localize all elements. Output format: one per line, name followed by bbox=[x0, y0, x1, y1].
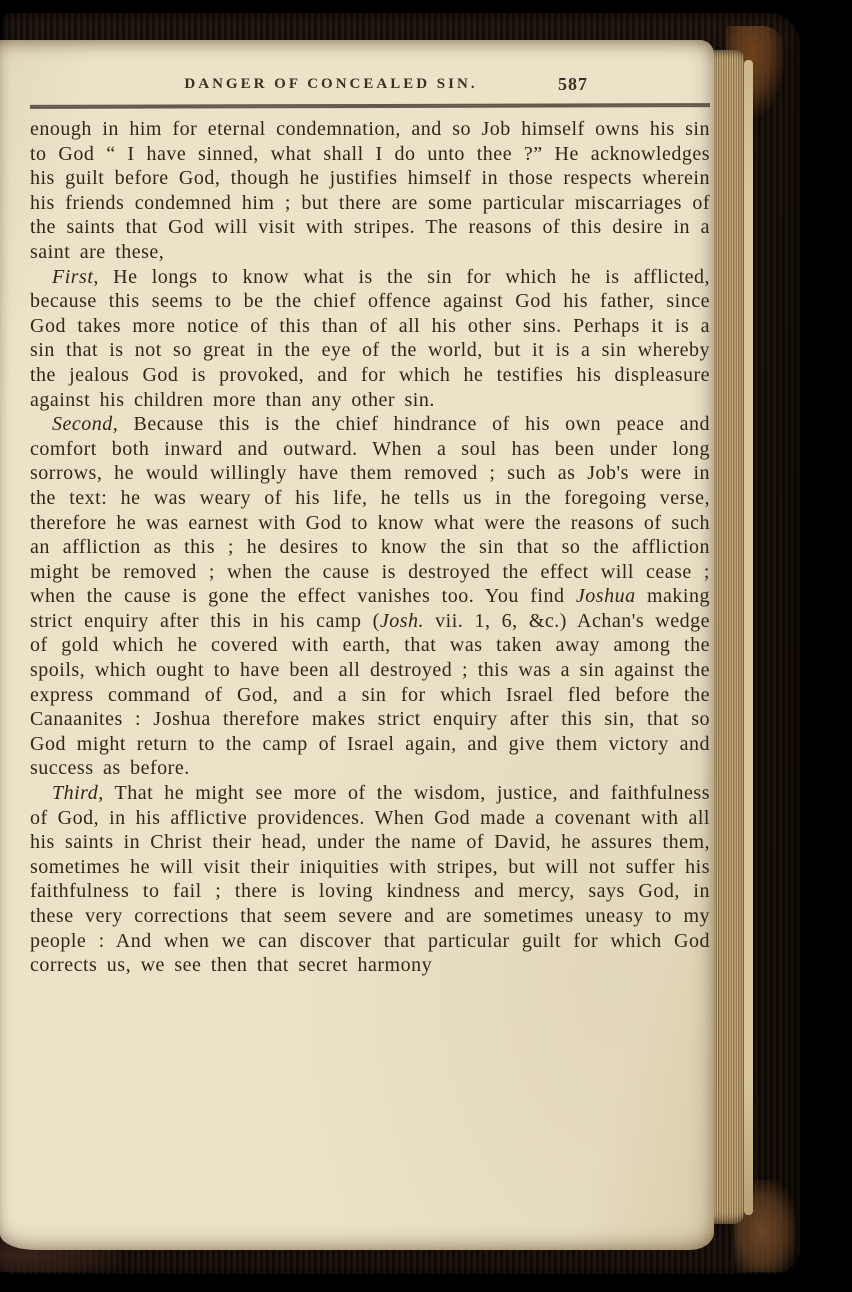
running-head: DANGER OF CONCEALED SIN. 587 bbox=[30, 74, 710, 98]
header-double-rule bbox=[30, 103, 710, 109]
page-body: enough in him for eternal condemnation, … bbox=[30, 117, 710, 978]
body-text-run: He longs to know what is the sin for whi… bbox=[30, 266, 710, 411]
paragraph: Second, Because this is the chief hindra… bbox=[30, 412, 710, 781]
body-text-run: enough in him for eternal condemnation, … bbox=[30, 118, 710, 263]
running-head-title: DANGER OF CONCEALED SIN. bbox=[184, 76, 477, 93]
italic-text: Second, bbox=[52, 413, 118, 435]
page-number: 587 bbox=[558, 74, 588, 95]
book-page: DANGER OF CONCEALED SIN. 587 enough in h… bbox=[0, 40, 714, 1250]
body-text-run: That he might see more of the wisdom, ju… bbox=[30, 782, 710, 976]
paragraph: First, He longs to know what is the sin … bbox=[30, 265, 710, 413]
page-content: DANGER OF CONCEALED SIN. 587 enough in h… bbox=[30, 74, 710, 978]
italic-text: First, bbox=[52, 266, 99, 288]
body-text-run: Because this is the chief hindrance of h… bbox=[30, 413, 710, 607]
italic-text: Joshua bbox=[576, 585, 636, 607]
italic-text: Third, bbox=[52, 782, 104, 804]
italic-text: Josh. bbox=[380, 610, 424, 632]
paragraph: enough in him for eternal condemnation, … bbox=[30, 117, 710, 265]
paragraph: Third, That he might see more of the wis… bbox=[30, 781, 710, 978]
page-fore-edge-stack bbox=[712, 50, 744, 1224]
photographed-book-scene: DANGER OF CONCEALED SIN. 587 enough in h… bbox=[0, 0, 852, 1292]
body-text-run: vii. 1, 6, &c.) Achan's wedge of gold wh… bbox=[30, 610, 710, 780]
fore-edge-gap bbox=[744, 60, 753, 1215]
